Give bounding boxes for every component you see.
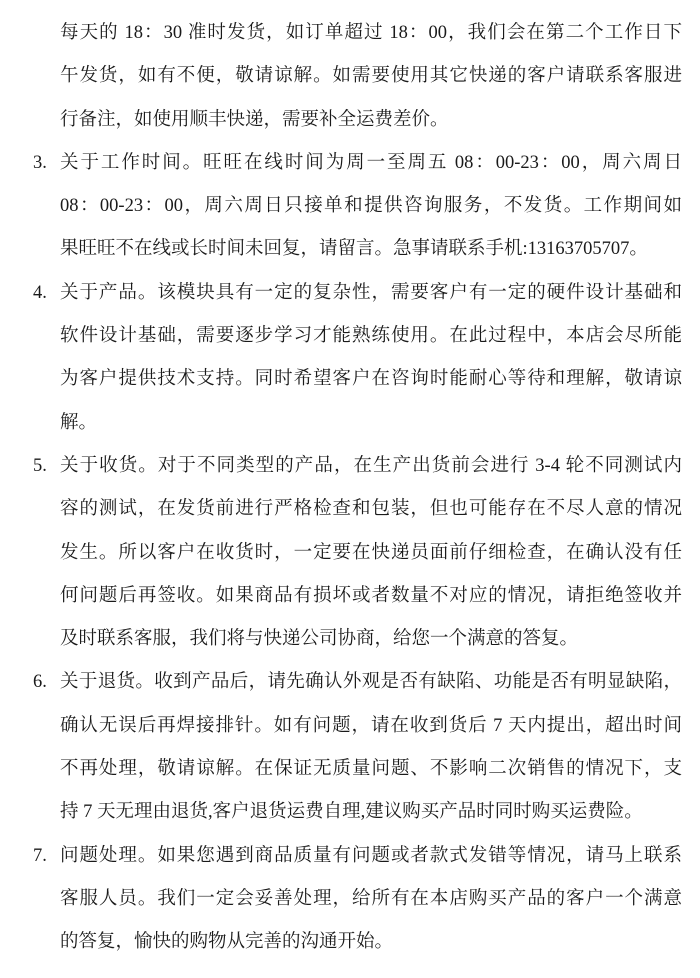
policy-paragraph: 每天的 18：30 准时发货，如订单超过 18：00，我们会在第二个工作日下午发… (60, 12, 682, 142)
text-line: 问题处理。如果您遇到商品质量有问题或者款式发错等情况，请马上联系 (60, 835, 682, 878)
text-line: 及时联系客服，我们将与快递公司协商，给您一个满意的答复。 (60, 618, 682, 661)
text-line: 客服人员。我们一定会妥善处理，给所有在本店购买产品的客户一个满意 (60, 878, 682, 921)
text-line: 不再处理，敬请谅解。在保证无质量问题、不影响二次销售的情况下，支 (60, 748, 682, 791)
text-line: 容的测试，在发货前进行严格检查和包装，但也可能存在不尽人意的情况 (60, 488, 682, 531)
paragraph-number: 6. (33, 661, 47, 704)
policy-paragraph: 5.关于收货。对于不同类型的产品，在生产出货前会进行 3-4 轮不同测试内容的测… (60, 445, 682, 661)
paragraph-number: 3. (33, 142, 47, 185)
text-line: 确认无误后再焊接排针。如有问题，请在收到货后 7 天内提出，超出时间 (60, 705, 682, 748)
text-line: 为客户提供技术支持。同时希望客户在咨询时能耐心等待和理解，敬请谅 (60, 358, 682, 401)
text-line: 08：00-23：00，周六周日只接单和提供咨询服务，不发货。工作期间如 (60, 185, 682, 228)
text-line: 果旺旺不在线或长时间未回复，请留言。急事请联系手机:13163705707。 (60, 228, 682, 271)
paragraph-number: 5. (33, 445, 47, 488)
text-line: 解。 (60, 402, 682, 445)
text-line: 关于收货。对于不同类型的产品，在生产出货前会进行 3-4 轮不同测试内 (60, 445, 682, 488)
paragraph-number: 7. (33, 835, 47, 878)
policy-paragraph: 4.关于产品。该模块具有一定的复杂性，需要客户有一定的硬件设计基础和软件设计基础… (60, 272, 682, 445)
text-line: 关于产品。该模块具有一定的复杂性，需要客户有一定的硬件设计基础和 (60, 272, 682, 315)
text-line: 每天的 18：30 准时发货，如订单超过 18：00，我们会在第二个工作日下 (60, 12, 682, 55)
text-line: 行备注，如使用顺丰快递，需要补全运费差价。 (60, 99, 682, 142)
paragraph-number: 4. (33, 272, 47, 315)
text-line: 发生。所以客户在收货时，一定要在快递员面前仔细检查，在确认没有任 (60, 532, 682, 575)
text-line: 午发货，如有不便，敬请谅解。如需要使用其它快递的客户请联系客服进 (60, 55, 682, 98)
text-line: 软件设计基础，需要逐步学习才能熟练使用。在此过程中，本店会尽所能 (60, 315, 682, 358)
text-line: 关于退货。收到产品后，请先确认外观是否有缺陷、功能是否有明显缺陷， (60, 661, 682, 704)
policy-paragraph-list: 每天的 18：30 准时发货，如订单超过 18：00，我们会在第二个工作日下午发… (60, 12, 682, 965)
page: { "page": { "background_color": "#ffffff… (0, 0, 700, 978)
policy-paragraph: 7.问题处理。如果您遇到商品质量有问题或者款式发错等情况，请马上联系客服人员。我… (60, 835, 682, 965)
policy-document: 每天的 18：30 准时发货，如订单超过 18：00，我们会在第二个工作日下午发… (0, 0, 700, 978)
text-line: 持 7 天无理由退货,客户退货运费自理,建议购买产品时同时购买运费险。 (60, 791, 682, 834)
policy-paragraph: 6.关于退货。收到产品后，请先确认外观是否有缺陷、功能是否有明显缺陷，确认无误后… (60, 661, 682, 834)
policy-paragraph: 3.关于工作时间。旺旺在线时间为周一至周五 08：00-23：00，周六周日08… (60, 142, 682, 272)
text-line: 关于工作时间。旺旺在线时间为周一至周五 08：00-23：00，周六周日 (60, 142, 682, 185)
text-line: 的答复，愉快的购物从完善的沟通开始。 (60, 921, 682, 964)
text-line: 何问题后再签收。如果商品有损坏或者数量不对应的情况，请拒绝签收并 (60, 575, 682, 618)
